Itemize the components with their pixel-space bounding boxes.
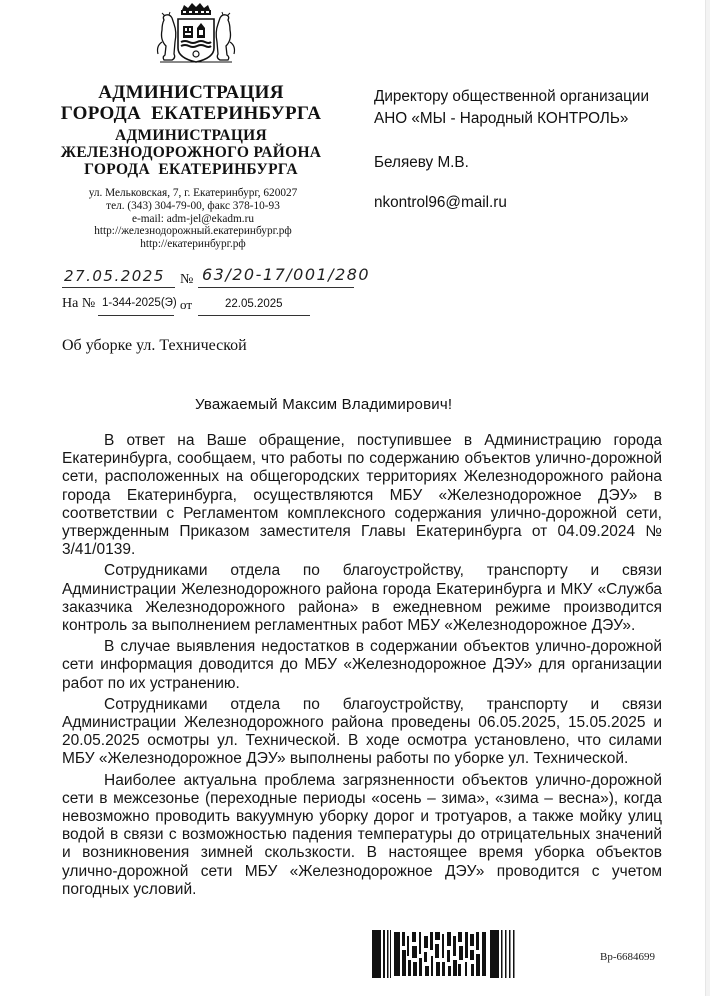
page-edge: [705, 0, 710, 996]
body-paragraph-4: Сотрудниками отдела по благоустройству, …: [62, 696, 662, 769]
reply-date-underline: [198, 315, 310, 316]
sender-website-city: http://екатеринбург.рф: [70, 238, 316, 251]
coat-of-arms-icon: [150, 2, 242, 66]
addressee-email: nkontrol96@mail.ru: [374, 192, 674, 214]
sender-org-main-line2: ГОРОДА ЕКАТЕРИНБУРГА: [60, 103, 322, 124]
letter-page: АДМИНИСТРАЦИЯ ГОРОДА ЕКАТЕРИНБУРГА АДМИН…: [0, 0, 710, 996]
sender-org-district-line3: ГОРОДА ЕКАТЕРИНБУРГА: [60, 161, 322, 178]
letter-greeting: Уважаемый Максим Владимирович!: [195, 396, 452, 413]
addressee-position: Директору общественной организации: [374, 86, 674, 108]
reply-to-label: На №: [62, 296, 95, 312]
body-paragraph-2: Сотрудниками отдела по благоустройству, …: [62, 562, 662, 635]
sender-org-district-line2: ЖЕЛЕЗНОДОРОЖНОГО РАЙОНА: [60, 144, 322, 161]
sender-address: ул. Мельковская, 7, г. Екатеринбург, 620…: [70, 187, 316, 200]
addressee-organization: АНО «МЫ - Народный КОНТРОЛЬ»: [374, 108, 674, 130]
date-underline: [62, 287, 175, 288]
reply-number-underline: [98, 315, 174, 316]
sender-org-district: АДМИНИСТРАЦИЯ ЖЕЛЕЗНОДОРОЖНОГО РАЙОНА ГО…: [60, 127, 322, 178]
from-label: от: [180, 297, 192, 313]
sender-org-main-line1: АДМИНИСТРАЦИЯ: [60, 82, 322, 103]
reply-to-date: 22.05.2025: [225, 298, 283, 310]
sender-contacts: ул. Мельковская, 7, г. Екатеринбург, 620…: [70, 187, 316, 251]
document-id: Вр-6684699: [600, 951, 655, 963]
registration-date-handwritten: 27.05.2025: [64, 267, 165, 285]
sender-email: e-mail: adm-jel@ekadm.ru: [70, 213, 316, 226]
sender-website-district: http://железнодорожный.екатеринбург.рф: [70, 225, 316, 238]
letter-subject: Об уборке ул. Технической: [62, 337, 247, 355]
registration-number-label: №: [180, 272, 193, 288]
pdf417-barcode-icon: [372, 930, 516, 978]
addressee-block: Директору общественной организации АНО «…: [374, 86, 674, 214]
sender-phone: тел. (343) 304-79-00, факс 378-10-93: [70, 200, 316, 213]
number-underline: [198, 287, 354, 288]
body-paragraph-5: Наиболее актуальна проблема загрязненнос…: [62, 772, 662, 899]
reply-to-number: 1-344-2025(Э): [102, 297, 177, 309]
body-paragraph-3: В случае выявления недостатков в содержа…: [62, 638, 662, 693]
sender-org-main: АДМИНИСТРАЦИЯ ГОРОДА ЕКАТЕРИНБУРГА: [60, 82, 322, 124]
body-paragraph-1: В ответ на Ваше обращение, поступившее в…: [62, 432, 662, 559]
registration-number-handwritten: 63/20-17/001/280: [202, 265, 370, 284]
addressee-name: Беляеву М.В.: [374, 152, 674, 174]
letter-body: В ответ на Ваше обращение, поступившее в…: [62, 432, 662, 899]
sender-org-district-line1: АДМИНИСТРАЦИЯ: [60, 127, 322, 144]
